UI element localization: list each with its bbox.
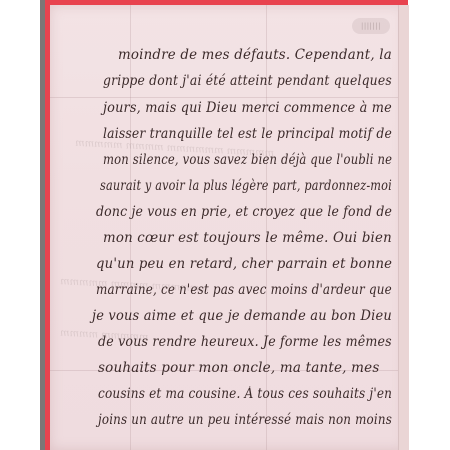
- letter-line: mon cœur est toujours le même. Oui bien: [103, 230, 392, 246]
- letter-line: qu'un peu en retard, cher parrain et bon…: [96, 256, 392, 272]
- fold-crease: [266, 5, 267, 450]
- letter-line: mon silence, vous savez bien déjà que l'…: [103, 152, 392, 168]
- letter-line: je vous aime et que je demande au bon Di…: [92, 308, 392, 324]
- page-right-edge: [398, 5, 409, 450]
- letter-line: joins un autre un peu intéressé mais non…: [98, 412, 392, 428]
- letter-line: donc je vous en prie, et croyez que le f…: [96, 204, 392, 220]
- letter-line: laisser tranquille tel est le principal …: [103, 126, 392, 142]
- letter-line: cousins et ma cousine. À tous ces souhai…: [98, 386, 392, 402]
- letter-page: [50, 5, 405, 450]
- letter-line: souhaits pour mon oncle, ma tante, mes: [98, 360, 379, 376]
- letter-line: jours, mais qui Dieu merci commence à me: [103, 100, 392, 116]
- embossed-stamp: |||||||: [352, 18, 390, 34]
- letter-line: moindre de mes défauts. Cependant, la: [118, 47, 392, 63]
- letter-scan: ||||||| mmmmm mmmmmm mmmm mmmmm mmmmmm m…: [0, 0, 450, 450]
- letter-line: saurait y avoir la plus légère part, par…: [100, 178, 392, 194]
- letter-line: marraine, ce n'est pas avec moins d'arde…: [96, 282, 392, 298]
- fold-crease: [130, 5, 131, 450]
- fold-crease: [50, 97, 398, 98]
- letter-line: de vous rendre heureux. Je forme les mêm…: [98, 334, 392, 350]
- letter-line: grippe dont j'ai été atteint pendant que…: [103, 73, 392, 89]
